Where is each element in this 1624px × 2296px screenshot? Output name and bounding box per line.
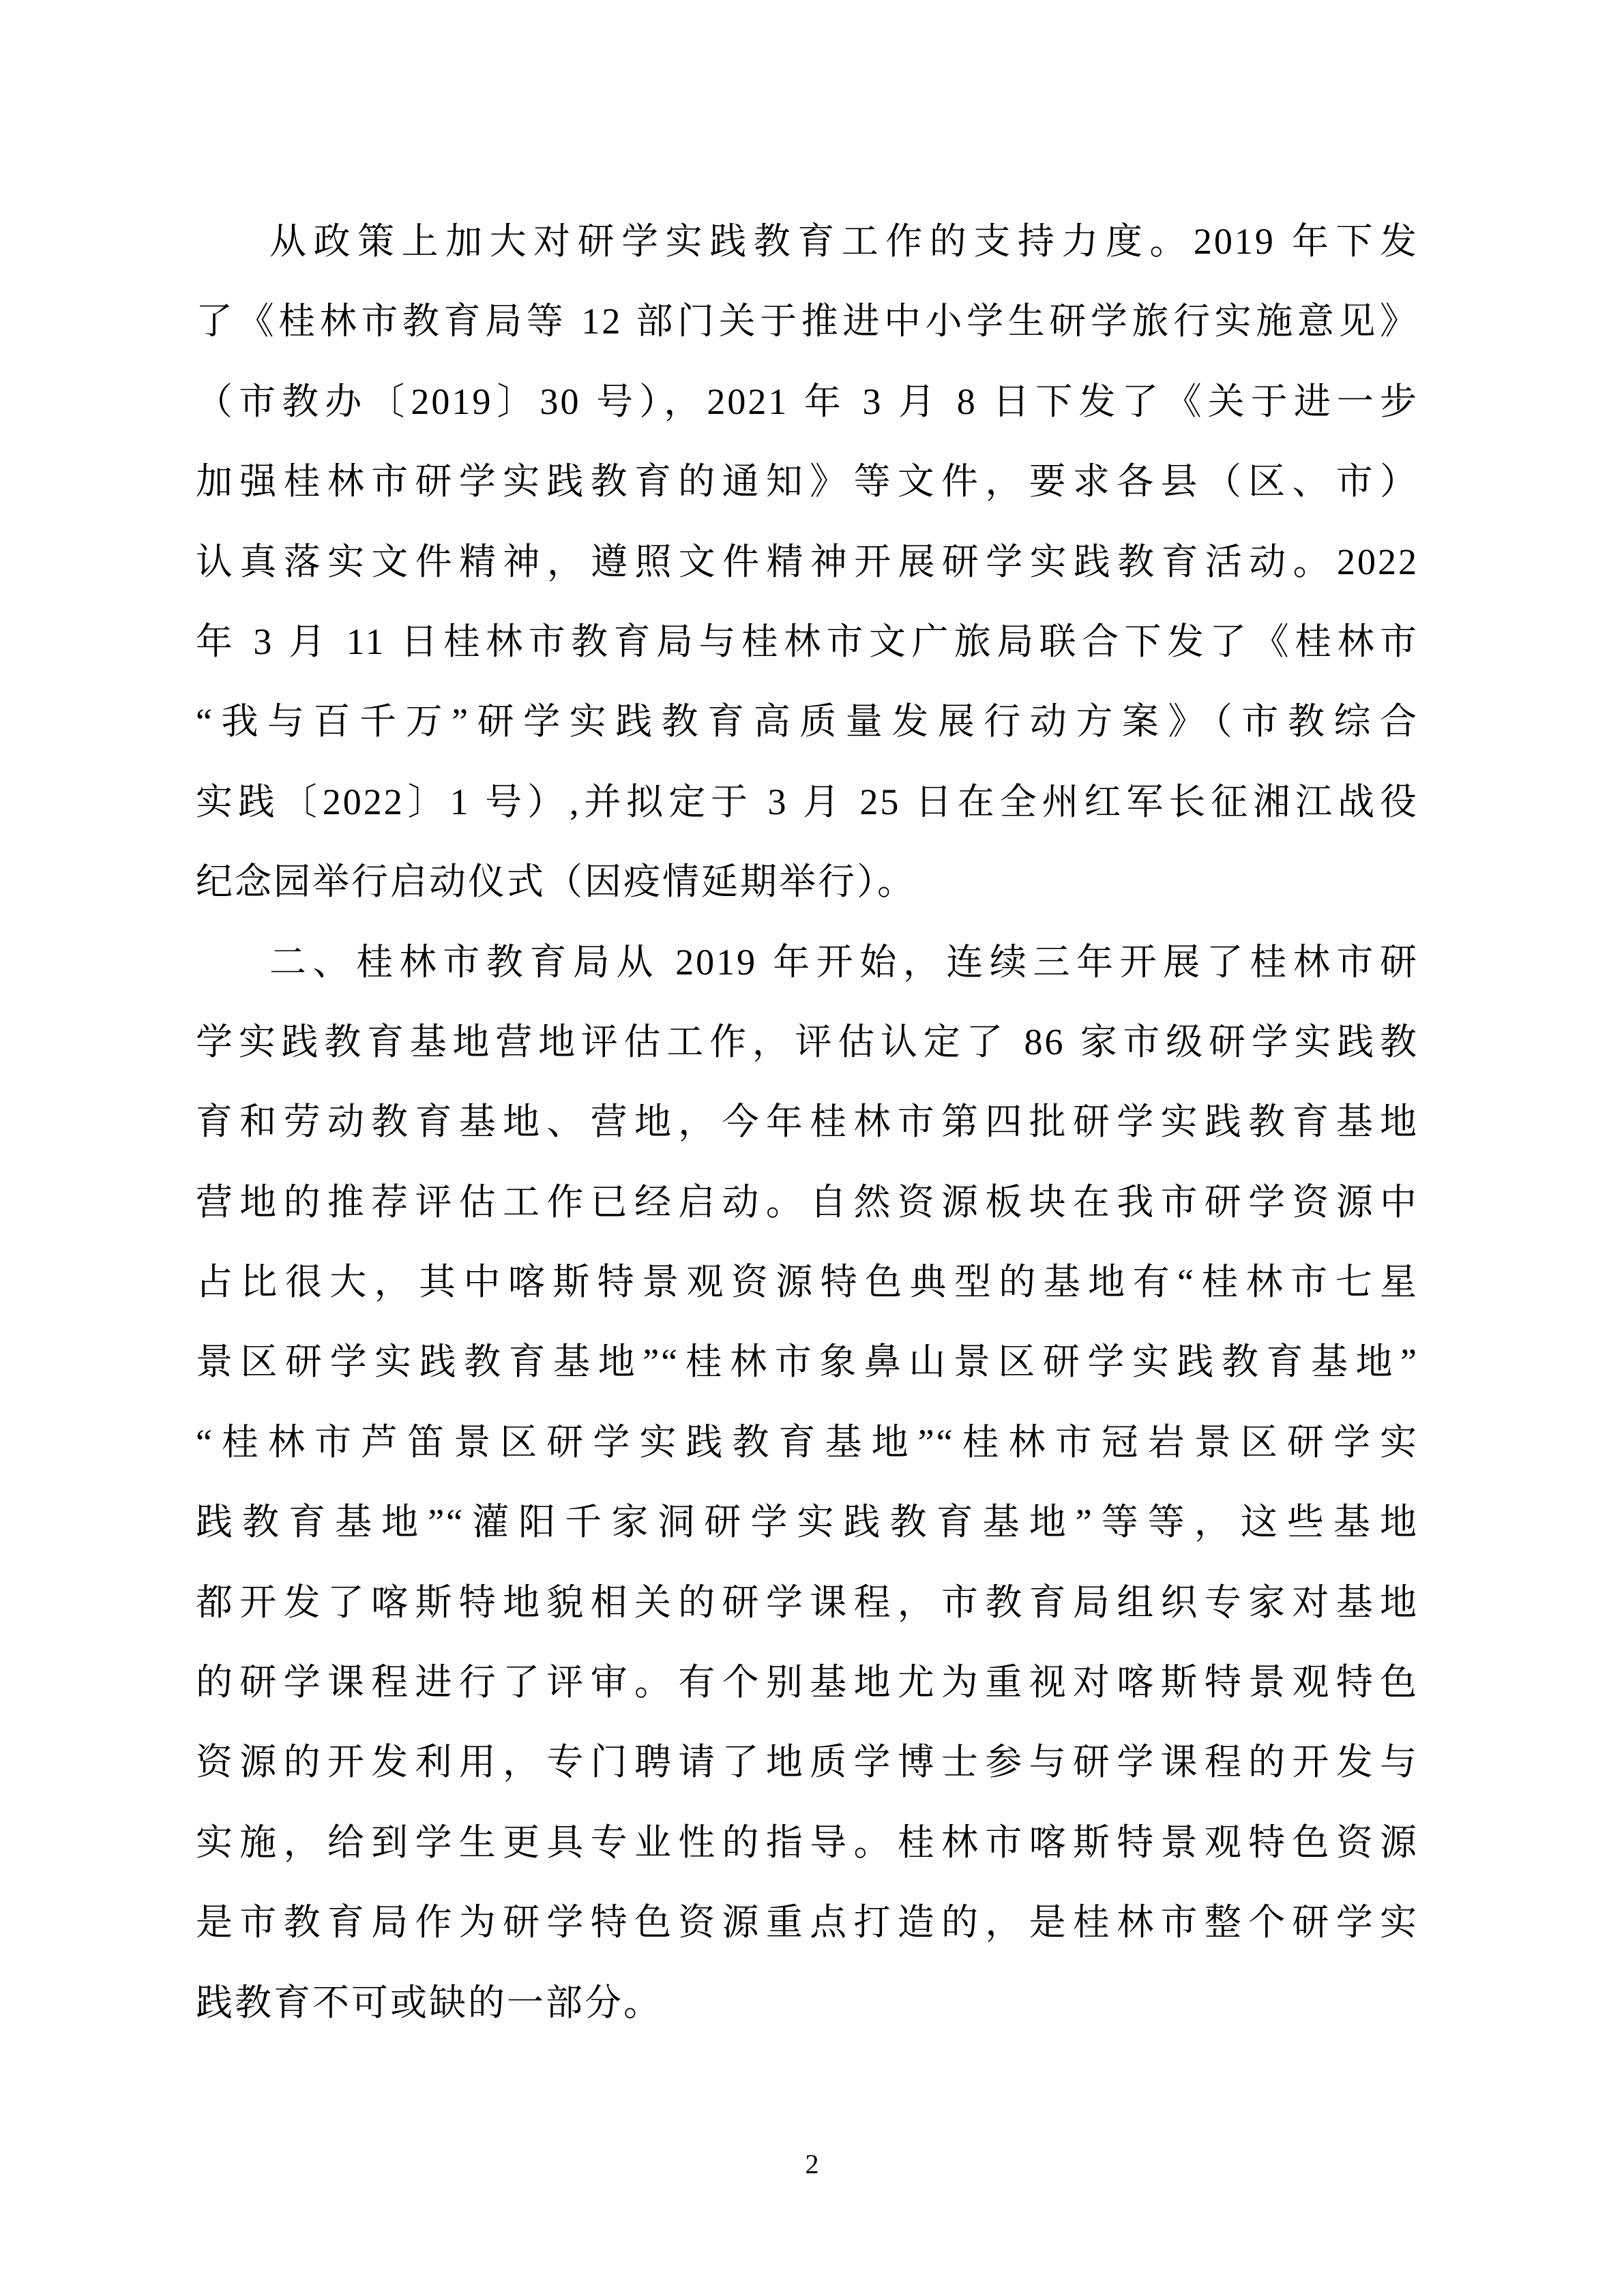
document-page: 从政策上加大对研学实践教育工作的支持力度。2019 年下发 了《桂林市教育局等 … — [0, 0, 1624, 2296]
text-line: 二、桂林市教育局从 2019 年开始，连续三年开展了桂林市研 — [196, 923, 1419, 1002]
text-line: 实施，给到学生更具专业性的指导。桂林市喀斯特景观特色资源 — [196, 1803, 1419, 1883]
text-line: 践教育基地”“灌阳千家洞研学实践教育基地”等等，这些基地 — [196, 1482, 1419, 1562]
text-line: “桂林市芦笛景区研学实践教育基地”“桂林市冠岩景区研学实 — [196, 1403, 1419, 1482]
text-line: 景区研学实践教育基地”“桂林市象鼻山景区研学实践教育基地” — [196, 1322, 1419, 1402]
text-line: （市教办〔2019〕30 号），2021 年 3 月 8 日下发了《关于进一步 — [196, 362, 1419, 442]
text-line: 育和劳动教育基地、营地，今年桂林市第四批研学实践教育基地 — [196, 1082, 1419, 1162]
text-line: 营地的推荐评估工作已经启动。自然资源板块在我市研学资源中 — [196, 1163, 1419, 1242]
text-line: 是市教育局作为研学特色资源重点打造的，是桂林市整个研学实 — [196, 1883, 1419, 1963]
text-line: 加强桂林市研学实践教育的通知》等文件，要求各县（区、市） — [196, 442, 1419, 522]
page-footer: 2 — [0, 2148, 1624, 2181]
text-line: 认真落实文件精神，遵照文件精神开展研学实践教育活动。2022 — [196, 522, 1419, 602]
text-line: “我与百千万”研学实践教育高质量发展行动方案》（市教综合 — [196, 682, 1419, 762]
text-line: 都开发了喀斯特地貌相关的研学课程，市教育局组织专家对基地 — [196, 1563, 1419, 1643]
text-line: 从政策上加大对研学实践教育工作的支持力度。2019 年下发 — [196, 202, 1419, 282]
text-line: 的研学课程进行了评审。有个别基地尤为重视对喀斯特景观特色 — [196, 1643, 1419, 1723]
text-line: 占比很大，其中喀斯特景观资源特色典型的基地有“桂林市七星 — [196, 1242, 1419, 1322]
text-line: 践教育不可或缺的一部分。 — [196, 1963, 1419, 2043]
text-line: 了《桂林市教育局等 12 部门关于推进中小学生研学旅行实施意见》 — [196, 282, 1419, 361]
text-line: 实践〔2022〕1 号）,并拟定于 3 月 25 日在全州红军长征湘江战役 — [196, 762, 1419, 842]
page-number: 2 — [806, 2149, 819, 2179]
text-line: 资源的开发利用，专门聘请了地质学博士参与研学课程的开发与 — [196, 1723, 1419, 1802]
text-line: 年 3 月 11 日桂林市教育局与桂林市文广旅局联合下发了《桂林市 — [196, 602, 1419, 682]
text-line: 学实践教育基地营地评估工作，评估认定了 86 家市级研学实践教 — [196, 1002, 1419, 1082]
text-line: 纪念园举行启动仪式（因疫情延期举行）。 — [196, 842, 1419, 922]
document-body: 从政策上加大对研学实践教育工作的支持力度。2019 年下发 了《桂林市教育局等 … — [196, 202, 1419, 2043]
